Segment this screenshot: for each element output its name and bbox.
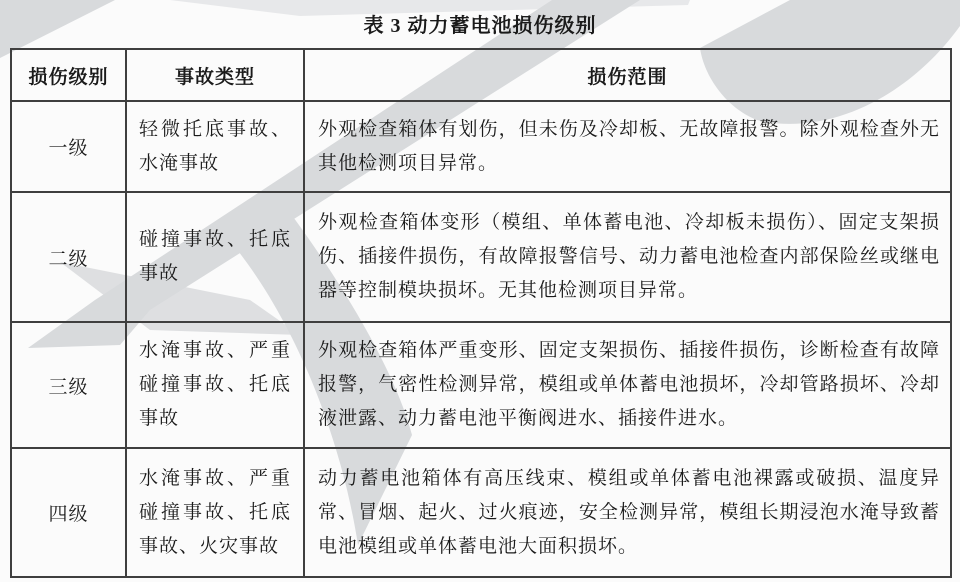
- damage-level-cell: 四级: [11, 448, 126, 577]
- header-damage-level: 损伤级别: [11, 49, 126, 101]
- table-row: 三级 水淹事故、严重碰撞事故、托底事故 外观检查箱体严重变形、固定支架损伤、插接…: [11, 322, 951, 448]
- damage-scope-cell: 外观检查箱体严重变形、固定支架损伤、插接件损伤，诊断检查有故障报警，气密性检测异…: [304, 322, 951, 448]
- accident-type-cell: 水淹事故、严重碰撞事故、托底事故: [126, 322, 304, 448]
- table-row: 二级 碰撞事故、托底事故 外观检查箱体变形（模组、单体蓄电池、冷却板未损伤）、固…: [11, 192, 951, 322]
- accident-type-cell: 水淹事故、严重碰撞事故、托底事故、火灾事故: [126, 448, 304, 577]
- table-row: 一级 轻微托底事故、水淹事故 外观检查箱体有划伤，但未伤及冷却板、无故障报警。除…: [11, 101, 951, 192]
- damage-level-cell: 二级: [11, 192, 126, 322]
- damage-scope-cell: 外观检查箱体有划伤，但未伤及冷却板、无故障报警。除外观检查外无其他检测项目异常。: [304, 101, 951, 192]
- damage-scope-cell: 外观检查箱体变形（模组、单体蓄电池、冷却板未损伤）、固定支架损伤、插接件损伤，有…: [304, 192, 951, 322]
- damage-scope-cell: 动力蓄电池箱体有高压线束、模组或单体蓄电池裸露或破损、温度异常、冒烟、起火、过火…: [304, 448, 951, 577]
- header-damage-scope: 损伤范围: [304, 49, 951, 101]
- page-title: 表 3 动力蓄电池损伤级别: [0, 0, 960, 44]
- table-header-row: 损伤级别 事故类型 损伤范围: [11, 49, 951, 101]
- accident-type-cell: 轻微托底事故、水淹事故: [126, 101, 304, 192]
- accident-type-cell: 碰撞事故、托底事故: [126, 192, 304, 322]
- battery-damage-table: 损伤级别 事故类型 损伤范围 一级 轻微托底事故、水淹事故 外观检查箱体有划伤，…: [10, 48, 952, 578]
- header-accident-type: 事故类型: [126, 49, 304, 101]
- table-row: 四级 水淹事故、严重碰撞事故、托底事故、火灾事故 动力蓄电池箱体有高压线束、模组…: [11, 448, 951, 577]
- damage-level-cell: 一级: [11, 101, 126, 192]
- document-content: 表 3 动力蓄电池损伤级别 损伤级别 事故类型 损伤范围 一级 轻微托底事故、水…: [0, 0, 960, 578]
- damage-level-cell: 三级: [11, 322, 126, 448]
- document-page: 表 3 动力蓄电池损伤级别 损伤级别 事故类型 损伤范围 一级 轻微托底事故、水…: [0, 0, 960, 582]
